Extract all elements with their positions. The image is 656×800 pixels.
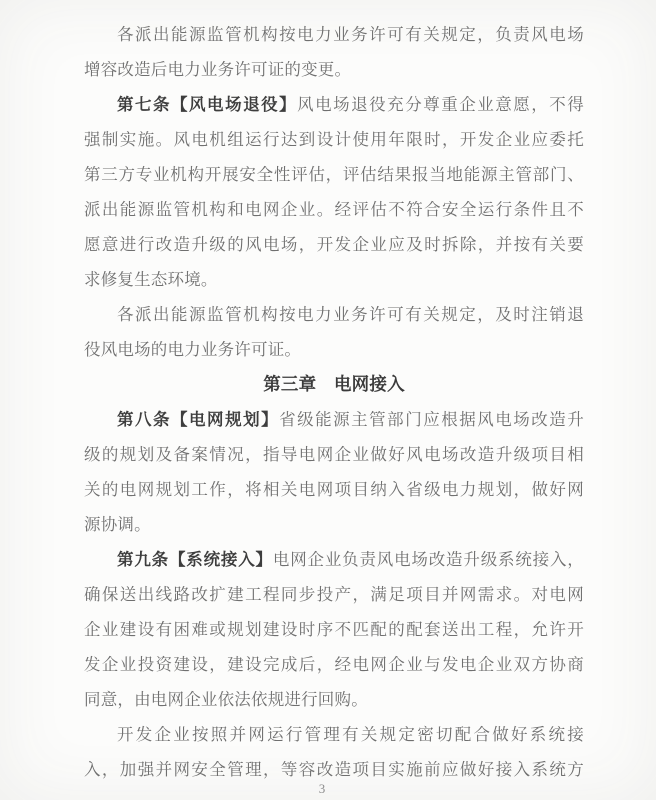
document-page: 各派出能源监管机构按电力业务许可有关规定，负责风电场 增容改造后电力业务许可证的… [0, 0, 656, 800]
text-line: 愿意进行改造升级的风电场，开发企业应及时拆除，并按有关要 [84, 227, 584, 262]
line-text: 第三方专业机构开展安全性评估，评估结果报当地能源主管部门、 [84, 165, 584, 184]
line-text: 同意，由电网企业依法依规进行回购。 [84, 690, 368, 709]
line-text: 增容改造后电力业务许可证的变更。 [84, 60, 351, 79]
text-line: 役风电场的电力业务许可证。 [84, 332, 584, 367]
line-text: 求修复生态环境。 [84, 270, 218, 289]
line-text: 愿意进行改造升级的风电场，开发企业应及时拆除，并按有关要 [84, 235, 584, 254]
line-text: 源协调。 [84, 515, 151, 534]
text-line: 同意，由电网企业依法依规进行回购。 [84, 682, 584, 717]
article-label: 第八条【电网规划】 [117, 410, 279, 429]
text-line: 第三方专业机构开展安全性评估，评估结果报当地能源主管部门、 [84, 157, 584, 192]
line-text: 开发企业按照并网运行管理有关规定密切配合做好系统接 [117, 725, 584, 744]
article-label: 第九条【系统接入】 [117, 550, 273, 569]
article-label: 第七条【风电场退役】 [117, 95, 297, 114]
document-body: 各派出能源监管机构按电力业务许可有关规定，负责风电场 增容改造后电力业务许可证的… [84, 17, 584, 787]
line-text: 各派出能源监管机构按电力业务许可有关规定，及时注销退 [117, 305, 584, 324]
line-text: 役风电场的电力业务许可证。 [84, 340, 301, 359]
text-line: 企业建设有困难或规划建设时序不匹配的配套送出工程，允许开 [84, 612, 584, 647]
text-line: 源协调。 [84, 507, 584, 542]
text-line: 开发企业按照并网运行管理有关规定密切配合做好系统接 [84, 717, 584, 752]
page-number: 3 [0, 781, 644, 797]
text-line: 各派出能源监管机构按电力业务许可有关规定，负责风电场 [84, 17, 584, 52]
line-text: 派出能源监管机构和电网企业。经评估不符合安全运行条件且不 [84, 200, 584, 219]
line-text: 级的规划及备案情况，指导电网企业做好风电场改造升级项目相 [84, 445, 584, 464]
text-line: 关的电网规划工作，将相关电网项目纳入省级电力规划，做好网 [84, 472, 584, 507]
text-line: 第八条【电网规划】省级能源主管部门应根据风电场改造升 [84, 402, 584, 437]
line-text: 风电场退役充分尊重企业意愿，不得 [297, 95, 584, 114]
text-line: 增容改造后电力业务许可证的变更。 [84, 52, 584, 87]
text-line: 第七条【风电场退役】风电场退役充分尊重企业意愿，不得 [84, 87, 584, 122]
line-text: 关的电网规划工作，将相关电网项目纳入省级电力规划，做好网 [84, 480, 584, 499]
text-line: 发企业投资建设，建设完成后，经电网企业与发电企业双方协商 [84, 647, 584, 682]
text-line: 求修复生态环境。 [84, 262, 584, 297]
text-line: 派出能源监管机构和电网企业。经评估不符合安全运行条件且不 [84, 192, 584, 227]
line-text: 确保送出线路改扩建工程同步投产，满足项目并网需求。对电网 [84, 585, 584, 604]
line-text: 入，加强并网安全管理，等容改造项目实施前应做好接入系统方 [84, 760, 584, 779]
line-text: 省级能源主管部门应根据风电场改造升 [279, 410, 584, 429]
text-line: 级的规划及备案情况，指导电网企业做好风电场改造升级项目相 [84, 437, 584, 472]
line-text: 各派出能源监管机构按电力业务许可有关规定，负责风电场 [117, 25, 584, 44]
line-text: 企业建设有困难或规划建设时序不匹配的配套送出工程，允许开 [84, 620, 584, 639]
text-line: 确保送出线路改扩建工程同步投产，满足项目并网需求。对电网 [84, 577, 584, 612]
text-line: 强制实施。风电机组运行达到设计使用年限时，开发企业应委托 [84, 122, 584, 157]
text-line: 第九条【系统接入】电网企业负责风电场改造升级系统接入， [84, 542, 584, 577]
chapter-heading: 第三章 电网接入 [84, 367, 584, 402]
line-text: 电网企业负责风电场改造升级系统接入， [273, 550, 584, 569]
line-text: 发企业投资建设，建设完成后，经电网企业与发电企业双方协商 [84, 655, 584, 674]
text-line: 各派出能源监管机构按电力业务许可有关规定，及时注销退 [84, 297, 584, 332]
line-text: 强制实施。风电机组运行达到设计使用年限时，开发企业应委托 [84, 130, 584, 149]
